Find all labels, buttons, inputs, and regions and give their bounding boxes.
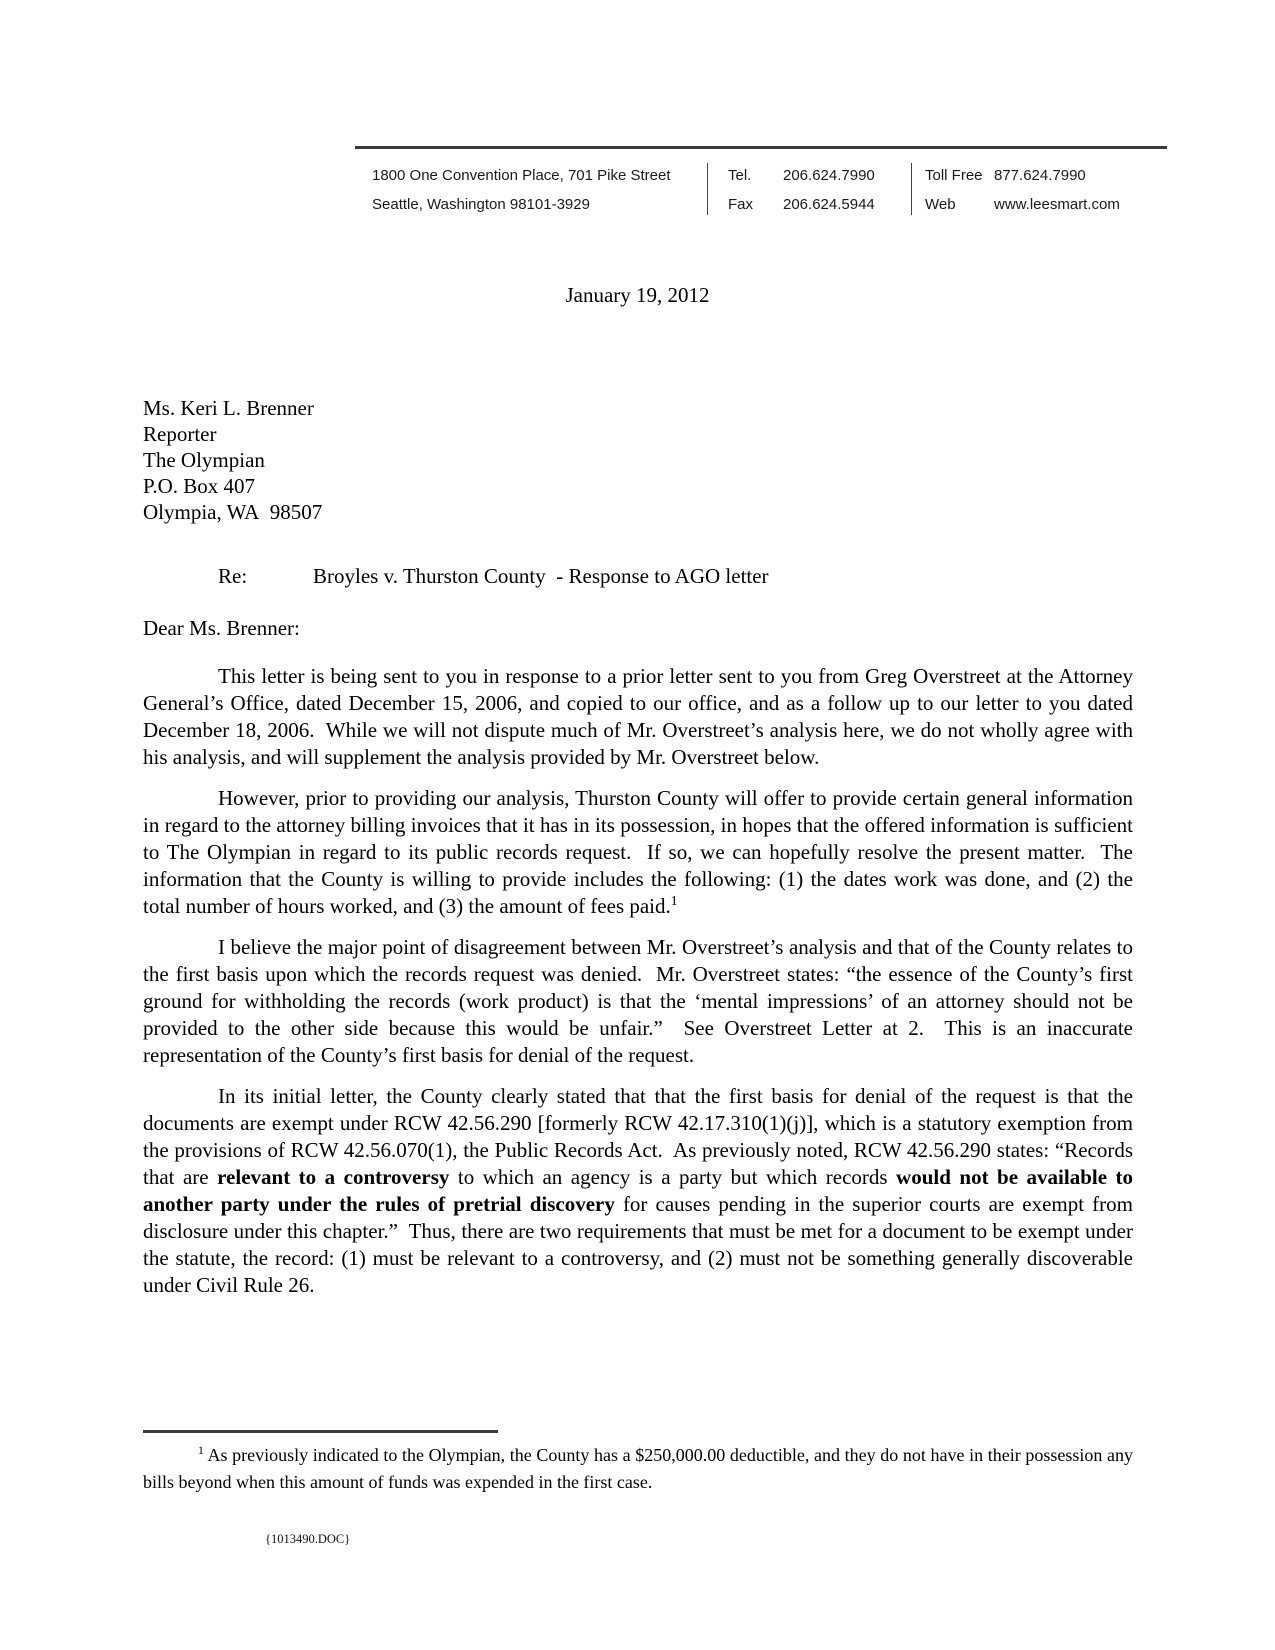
footnote-separator-rule [143,1430,498,1433]
body-paragraph-4: In its initial letter, the County clearl… [143,1083,1133,1299]
letterhead-top-rule [355,146,1167,149]
footnote-reference: 1 [671,893,678,908]
letter-body: Ms. Keri L. Brenner Reporter The Olympia… [143,395,1133,1299]
re-line: Re:Broyles v. Thurston County - Response… [143,563,1133,589]
web-value: www.leesmart.com [994,190,1165,219]
recipient-organization: The Olympian [143,447,1133,473]
letter-date: January 19, 2012 [0,283,1275,308]
tel-value: 206.624.7990 [783,161,911,190]
recipient-address-block: Ms. Keri L. Brenner Reporter The Olympia… [143,395,1133,525]
fax-label: Fax [728,190,783,219]
letterhead-web-block: Toll Free 877.624.7990 Web www.leesmart.… [912,161,1165,219]
web-label: Web [925,190,994,219]
body-paragraph-2: However, prior to providing our analysis… [143,785,1133,920]
paragraph-2-text: However, prior to providing our analysis… [143,786,1133,918]
letterhead-phone-block: Tel. 206.624.7990 Fax 206.624.5944 [708,161,911,219]
letterhead: 1800 One Convention Place, 701 Pike Stre… [355,146,1167,219]
address-line-1: 1800 One Convention Place, 701 Pike Stre… [372,161,707,190]
salutation: Dear Ms. Brenner: [143,615,1133,641]
recipient-title: Reporter [143,421,1133,447]
re-subject: Broyles v. Thurston County - Response to… [313,564,769,588]
footnote-text: 1 As previously indicated to the Olympia… [143,1442,1133,1496]
paragraph-4-segment-2: to which an agency is a party but which … [449,1165,896,1189]
letter-page: 1800 One Convention Place, 701 Pike Stre… [0,0,1275,1650]
footnote-block: 1 As previously indicated to the Olympia… [143,1430,1133,1496]
tollfree-value: 877.624.7990 [994,161,1165,190]
address-line-2: Seattle, Washington 98101-3929 [372,190,707,219]
recipient-city-state-zip: Olympia, WA 98507 [143,499,1133,525]
letterhead-columns: 1800 One Convention Place, 701 Pike Stre… [355,161,1167,219]
tel-label: Tel. [728,161,783,190]
recipient-po-box: P.O. Box 407 [143,473,1133,499]
footnote-body: As previously indicated to the Olympian,… [143,1445,1133,1492]
fax-value: 206.624.5944 [783,190,911,219]
body-paragraph-3: I believe the major point of disagreemen… [143,934,1133,1069]
recipient-name: Ms. Keri L. Brenner [143,395,1133,421]
document-number: {1013490.DOC} [265,1532,350,1547]
paragraph-4-bold-1: relevant to a controversy [217,1165,449,1189]
letterhead-address-block: 1800 One Convention Place, 701 Pike Stre… [355,161,707,219]
body-paragraph-1: This letter is being sent to you in resp… [143,663,1133,771]
re-label: Re: [218,563,313,589]
tollfree-label: Toll Free [925,161,994,190]
